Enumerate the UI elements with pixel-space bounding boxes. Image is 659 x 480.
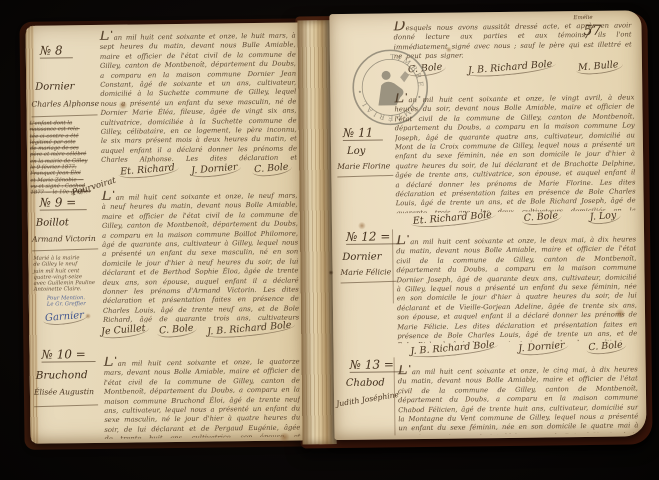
entry-13-number: № 13 = <box>350 357 404 373</box>
margin-rule <box>32 248 98 251</box>
continuation-signatures: C. Bole J. B. Richard Bole M. Bulle <box>396 60 632 76</box>
left-page: № 8 Dornier Charles Alphonse L'enfant do… <box>25 22 304 443</box>
entry-8-act-text: L'an mil huit cent soixante et onze, le … <box>100 29 298 163</box>
signature: M. Bulle <box>575 59 622 76</box>
signature: J. Dornier <box>189 161 242 178</box>
signature: J. B. Richard Bole <box>465 58 556 78</box>
entry-13-surname: Chabod <box>346 377 385 388</box>
entry-11-act-text: L'an mil huit cent soixante et onze, le … <box>394 90 635 213</box>
entry-13-given-name: Judith Joséphine <box>336 390 400 408</box>
signature: Et. Richard Bole <box>410 209 496 229</box>
photo-background: № 8 Dornier Charles Alphonse L'enfant do… <box>0 0 659 480</box>
register-book: № 8 Dornier Charles Alphonse L'enfant do… <box>25 8 652 454</box>
entry-9-signatures: Je Cuillet C. Bole J. B. Richard Bole <box>95 322 299 337</box>
entry-9-surname: Boillot <box>36 217 69 228</box>
entry-11-signatures: Et. Richard Bole C. Bole J. Loy <box>398 210 634 226</box>
margin-rule <box>337 175 393 178</box>
signature: C. Bole <box>157 322 198 338</box>
signature: C. Bole <box>522 210 563 226</box>
entry-11-surname: Loy <box>347 146 365 157</box>
foxing-spot <box>446 47 452 53</box>
right-page: Emélie 57 Desquels nous avons aussitôt d… <box>329 10 646 440</box>
signature: J. B. Richard Bole <box>205 319 296 339</box>
signature: C. Bole <box>251 161 292 177</box>
entry-10-number: № 10 = <box>41 347 95 363</box>
margin-rule <box>34 404 98 407</box>
foxing-spot <box>118 101 127 110</box>
entry-11-given-name: Marie Florine <box>337 161 390 171</box>
foxing-spot <box>358 222 366 230</box>
margin-rule <box>341 281 397 284</box>
entry-12-signatures: J. B. Richard Bole J. Dornier C. Bole <box>399 340 635 356</box>
entry-9-margin-note: Marié à la mairie de Gilley le neuf juin… <box>33 255 99 294</box>
entry-9-clerk-stamp-text: Pour Mention. Le Gr. Greffier <box>47 295 101 308</box>
entry-9-given-name: Armand Victorin <box>32 234 96 244</box>
entry-10-surname: Bruchond <box>36 369 88 382</box>
entry-8-given-name: Charles Alphonse <box>31 99 99 109</box>
entry-11-number: № 11 <box>343 125 384 140</box>
signature: J. Dornier <box>516 339 569 356</box>
entry-10-act-text: L'an mil huit cent soixante et onze, le … <box>104 354 301 438</box>
entry-12-act-text: L'an mil huit cent soixante et onze, le … <box>396 232 637 343</box>
signature: C. Bole <box>586 339 627 355</box>
entry-8-surname: Dornier <box>35 81 74 92</box>
entry-12-surname: Dornier <box>342 251 381 262</box>
entry-12-given-name: Marie Félicie <box>340 267 391 277</box>
signature: Je Cuillet <box>99 323 150 340</box>
clerk-signature: Garnier <box>43 310 89 327</box>
foxing-spot <box>85 313 91 319</box>
entry-10-given-name: Élisée Augustin <box>34 387 94 397</box>
margin-rule <box>32 114 98 117</box>
entry-13-act-text: L'an mil huit cent soixante et onze, le … <box>398 362 639 435</box>
entry-8-number: № 8 <box>40 43 73 58</box>
entry-8-signatures: Et. Richard J. Dornier C. Bole <box>113 163 297 178</box>
entry-9-act-text: L'an mil huit cent soixante et onze, le … <box>101 189 299 323</box>
foxing-spot <box>615 309 625 319</box>
signature: Et. Richard <box>118 162 180 180</box>
signature: J. Loy <box>588 209 621 225</box>
entry-9-number: № 9 = <box>40 195 87 211</box>
ink-speck <box>328 270 333 275</box>
